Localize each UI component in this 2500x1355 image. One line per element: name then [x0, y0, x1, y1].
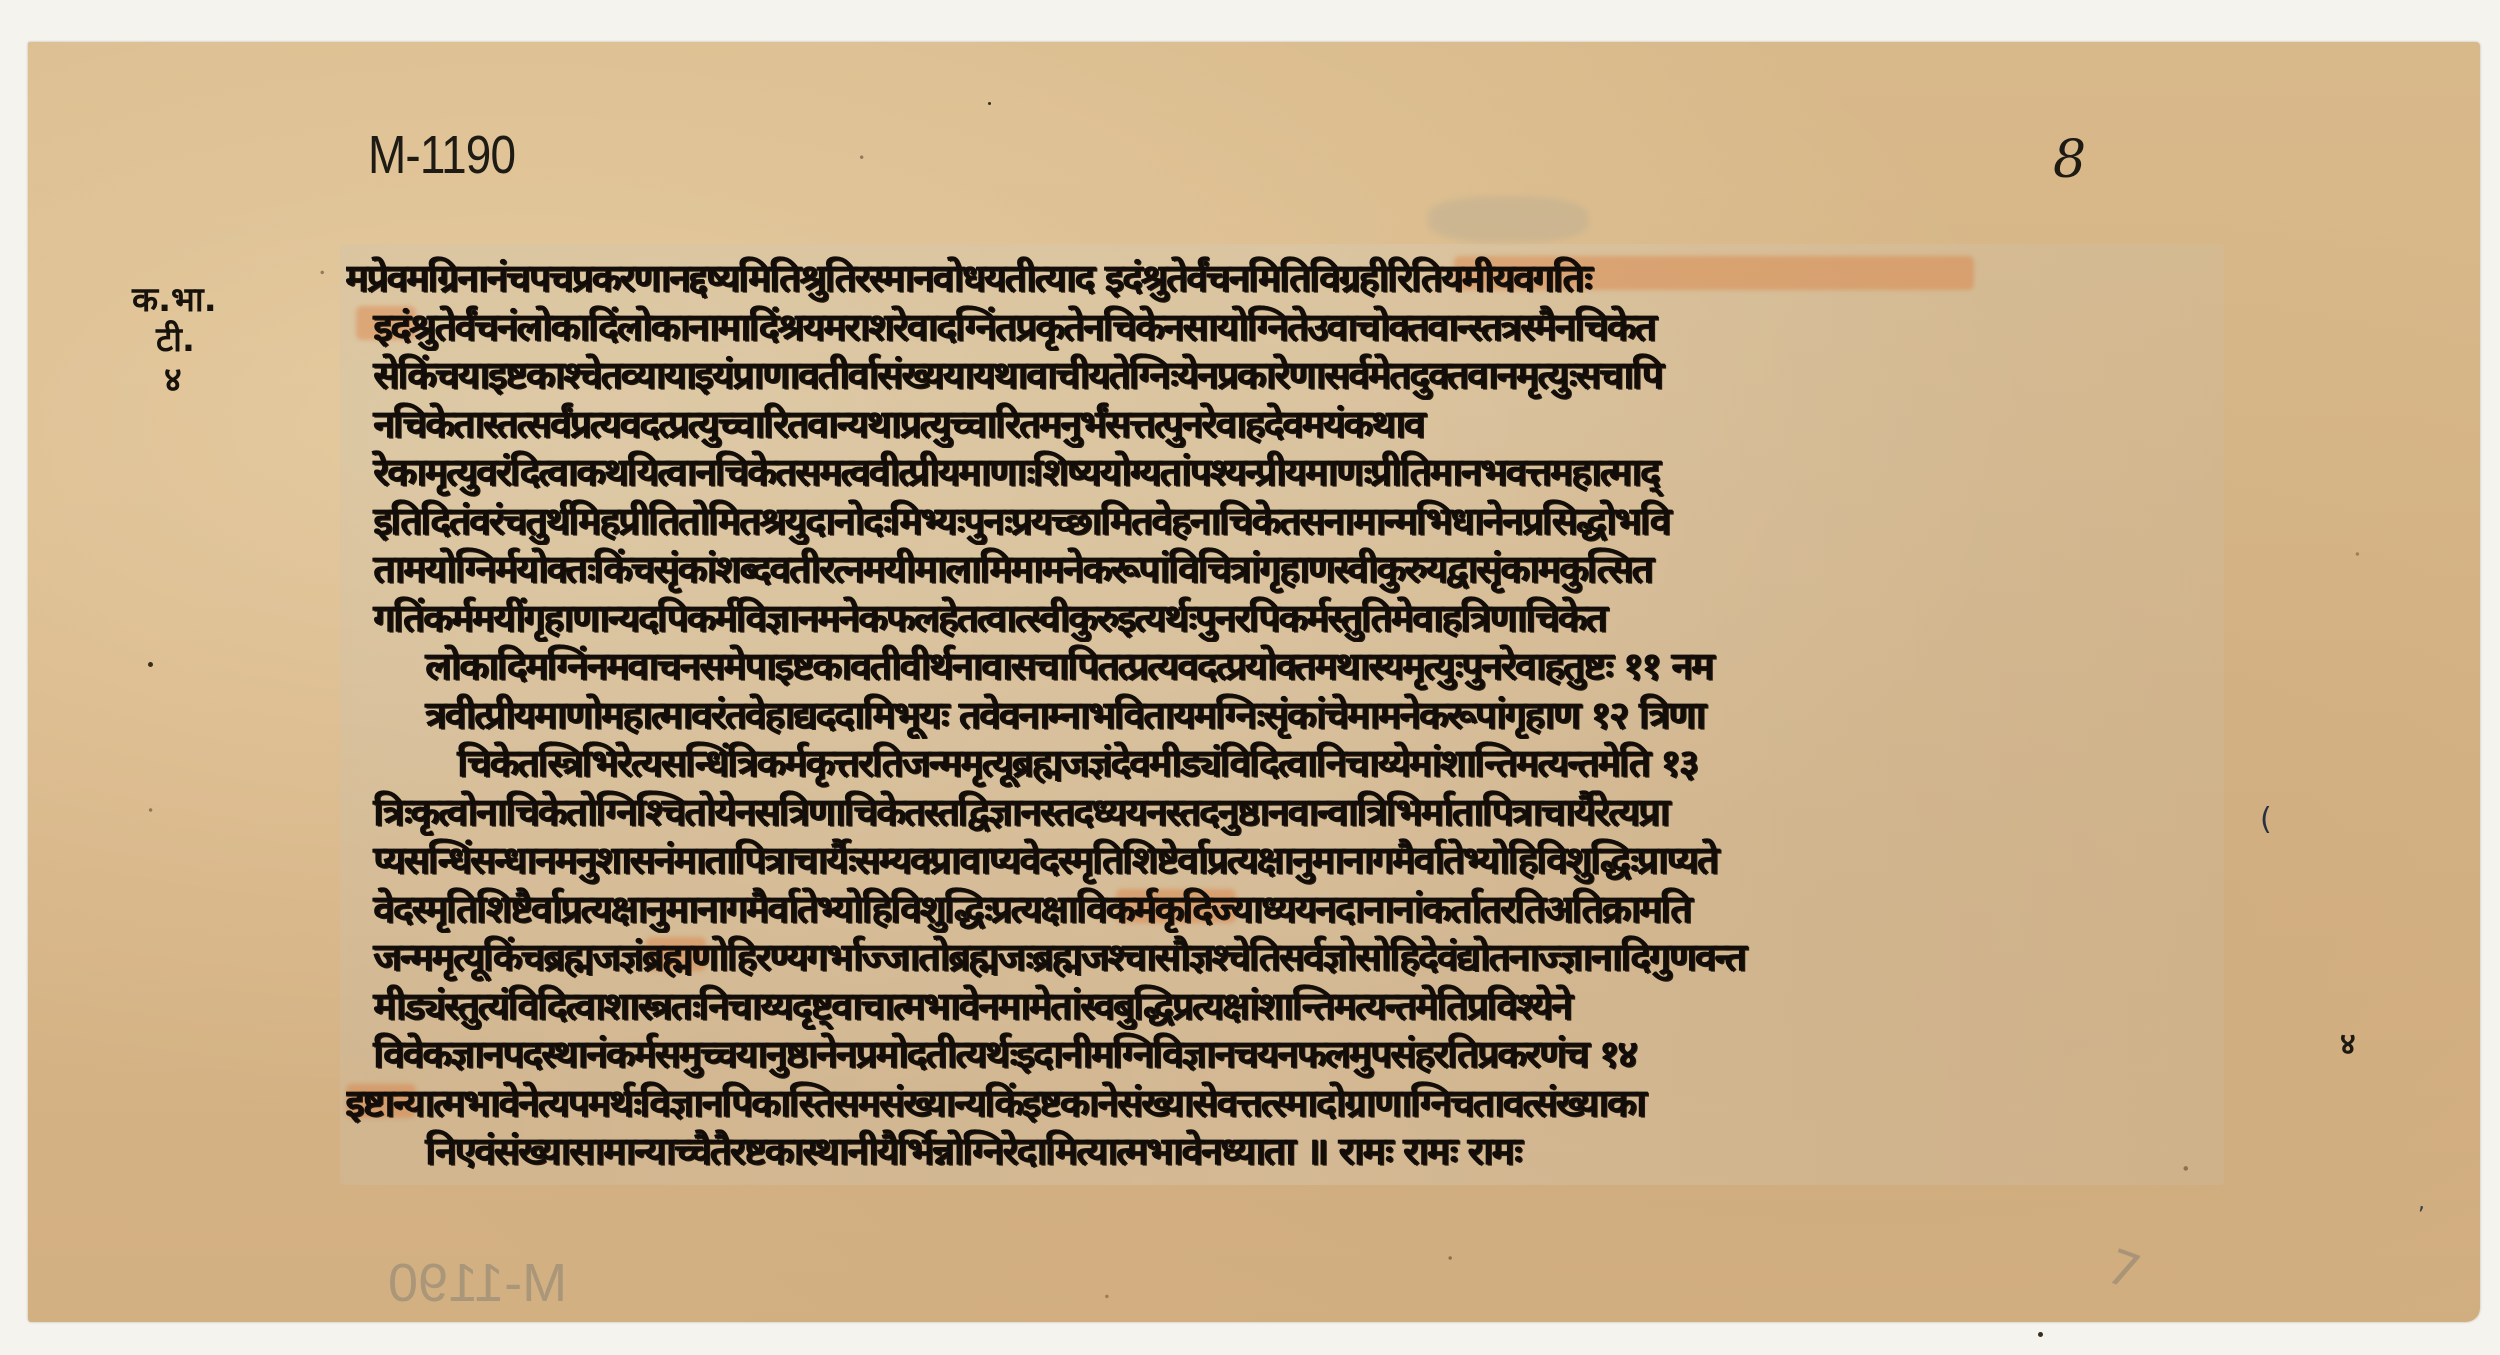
text-line: निएवंसंख्यासामान्याच्चैतैरष्टकास्थानीयैर…: [346, 1127, 2218, 1176]
text-line: जन्ममृत्यूकिंचब्रह्मजज्ञंब्रह्मणोहिरण्यग…: [346, 933, 2218, 982]
mirrored-folio-bleed: 7: [2099, 1238, 2147, 1301]
mirrored-catalog-bleed: M-1190: [388, 1252, 567, 1314]
paper-speck: [2038, 1332, 2043, 1337]
pen-stroke-mark: (: [2260, 802, 2272, 837]
text-line: वेदस्मृतिशिष्टैर्वाप्रत्यक्षानुमानागमैर्…: [346, 885, 2218, 934]
text-line: नचिकेतास्तत्सर्वंप्रत्यवदत्प्रत्युच्चारि…: [346, 400, 2218, 449]
text-line: विवेकज्ञानपदस्थानंकर्मसमुच्चयानुष्ठानेनप…: [346, 1030, 2218, 1079]
margin-note-line: क.भा.: [132, 280, 268, 320]
text-line: प्यसन्धिंसन्धानमनुशासनंमातापित्राचार्यैः…: [346, 836, 2218, 885]
text-line: गतिंकर्ममयींगृहाणान्यदपिकर्मविज्ञानमनेकफ…: [346, 594, 2218, 643]
text-line: इदंश्रुतेर्वंचनंलोकादिंलोकानामादिंश्रयमर…: [346, 303, 2218, 352]
text-line: मप्रेवमग्रिनानंचपचप्रकरणानद्दष्यमितिश्रु…: [346, 254, 2218, 303]
margin-note: क.भा. टी. ४: [128, 280, 268, 400]
ink-blot-mark: ४: [2340, 1022, 2356, 1063]
text-line: रेकामृत्युवरंदित्वाकथयित्वानचिकेतसमत्ववी…: [346, 448, 2218, 497]
faint-stamp-bleed: [1428, 197, 1588, 242]
text-line: तामयोग्निर्मयोक्तःकिंचसृंकांशब्दवतीरत्नम…: [346, 545, 2218, 594]
text-line: चिकेतस्त्रिभिरेत्यसन्धिंत्रिकर्मकृत्तरति…: [346, 739, 2218, 788]
catalog-number: M-1190: [368, 124, 515, 186]
manuscript-folio: M-1190 8 क.भा. टी. ४ मप्रेवमग्रिनानंचपचप…: [28, 42, 2480, 1322]
text-line: इष्टान्यात्मभावेनेत्यपमर्थःविज्ञानपिकास्…: [346, 1079, 2218, 1128]
pen-stroke-mark: ,: [2418, 1190, 2425, 1215]
margin-note-line: टी.: [156, 320, 268, 360]
paper-speck: [148, 662, 153, 667]
text-line: मीड्यंस्तुत्यंविदित्वाशास्त्रतःनिचाय्यदृ…: [346, 982, 2218, 1031]
text-line: लोकादिमग्निंनमवाचनसमेपाइष्टकावतीवीर्थनाव…: [346, 642, 2218, 691]
folio-number: 8: [2053, 130, 2086, 190]
text-line: इतिदितंवरंचतुर्थमिहप्रीतितोमितश्रयुदानोद…: [346, 497, 2218, 546]
text-line: सेकिंचयाइष्टकाश्चेतव्यायाइयंप्राणावतीर्व…: [346, 351, 2218, 400]
margin-note-line: ४: [164, 360, 268, 400]
main-text-block: मप्रेवमग्रिनानंचपचप्रकरणानद्दष्यमितिश्रु…: [346, 254, 2218, 1179]
text-line: त्रवीत्प्रीयमाणोमहात्मावरंतवेहाद्यददामिभ…: [346, 691, 2218, 740]
text-line: त्रिःकृत्वोनाचिकेतोग्निश्चितोयेनसत्रिणाच…: [346, 788, 2218, 837]
paper-speck: [988, 102, 991, 105]
